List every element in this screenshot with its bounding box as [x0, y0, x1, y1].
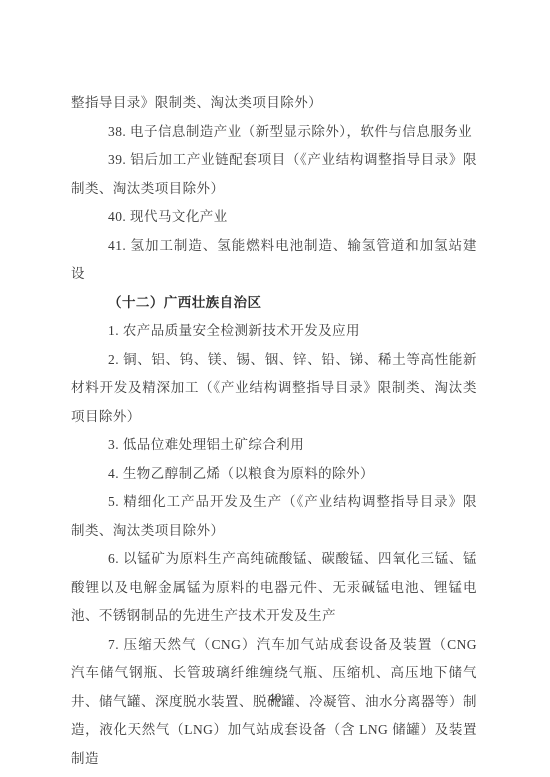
paragraph: 5. 精细化工产品开发及生产（《产业结构调整指导目录》限制类、淘汰类项目除外）	[71, 488, 477, 545]
paragraph: 2. 铜、铝、钨、镁、锡、铟、锌、铅、锑、稀土等高性能新材料开发及精深加工（《产…	[71, 346, 477, 432]
document-page: 整指导目录》限制类、淘汰类项目除外）38. 电子信息制造产业（新型显示除外），软…	[0, 0, 550, 777]
paragraph: 38. 电子信息制造产业（新型显示除外），软件与信息服务业	[71, 118, 477, 147]
document-body: 整指导目录》限制类、淘汰类项目除外）38. 电子信息制造产业（新型显示除外），软…	[71, 89, 477, 773]
paragraph: 整指导目录》限制类、淘汰类项目除外）	[71, 89, 477, 118]
paragraph: 1. 农产品质量安全检测新技术开发及应用	[71, 317, 477, 346]
page-number: 40	[0, 691, 550, 706]
paragraph: 3. 低品位难处理铝土矿综合利用	[71, 431, 477, 460]
paragraph: 6. 以锰矿为原料生产高纯硫酸锰、碳酸锰、四氧化三锰、锰酸锂以及电解金属锰为原料…	[71, 545, 477, 631]
paragraph: 41. 氢加工制造、氢能燃料电池制造、输氢管道和加氢站建设	[71, 232, 477, 289]
paragraph: 4. 生物乙醇制乙烯（以粮食为原料的除外）	[71, 460, 477, 489]
section-heading: （十二）广西壮族自治区	[71, 289, 477, 318]
paragraph: 39. 铝后加工产业链配套项目（《产业结构调整指导目录》限制类、淘汰类项目除外）	[71, 146, 477, 203]
paragraph: 40. 现代马文化产业	[71, 203, 477, 232]
